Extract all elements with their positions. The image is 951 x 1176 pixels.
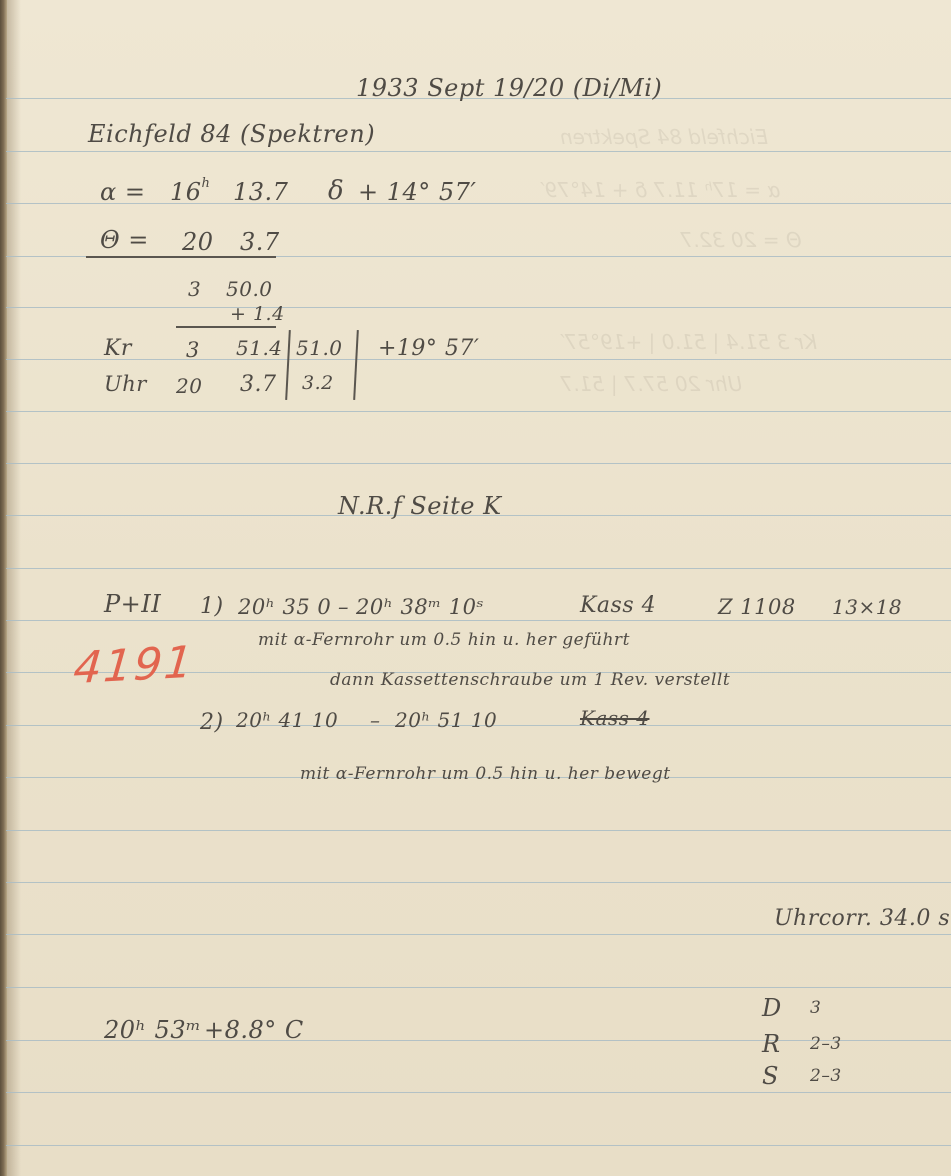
show-through-text: α = 17ʰ 11.7 δ + 14°79′ <box>540 178 780 202</box>
show-through-text: Eichfeld 84 Spektren <box>560 125 768 149</box>
calc-row1-hours: 3 <box>188 277 201 301</box>
kr-minutes: 51.4 <box>236 336 283 360</box>
ruled-line <box>6 987 951 988</box>
exposure-1-size: 13×18 <box>832 595 902 619</box>
exposure-1-note: mit α-Fernrohr um 0.5 hin u. her geführt <box>258 630 630 650</box>
condition-value: 2–3 <box>810 1066 842 1086</box>
clock-correction: Uhrcorr. 34.0 s <box>774 906 950 931</box>
calc-row1-minutes: 50.0 <box>226 277 273 301</box>
temperature-value: +8.8° C <box>204 1016 304 1044</box>
ruled-line <box>6 620 951 621</box>
exposure-1-dash: – <box>338 595 349 619</box>
calc-correction: + 1.4 <box>230 303 285 325</box>
exposure-1-start: 20ʰ 35 0 <box>238 595 331 619</box>
condition-symbol: D <box>762 994 782 1022</box>
alpha-hours: 16h <box>170 178 210 206</box>
ruled-line <box>6 1092 951 1093</box>
column-divider <box>353 330 359 400</box>
theta-label: Θ = <box>100 226 149 254</box>
kr-declination: +19° 57′ <box>378 336 479 361</box>
ruled-line <box>6 463 951 464</box>
underline <box>86 256 276 258</box>
alpha-minutes: 13.7 <box>233 178 288 206</box>
uhr-label: Uhr <box>104 372 147 396</box>
kr-hours: 3 <box>186 338 200 362</box>
spine-shadow <box>7 0 21 1176</box>
ruled-line <box>6 151 951 152</box>
hour-unit: h <box>202 176 211 191</box>
page-date: 1933 Sept 19/20 (Di/Mi) <box>356 74 662 102</box>
ruled-line <box>6 934 951 935</box>
column-divider <box>285 330 291 400</box>
uhr-box-value: 3.2 <box>302 372 334 394</box>
uhr-minutes: 3.7 <box>240 372 277 397</box>
show-through-text: Uhr 20 57.7 | 51.7 <box>560 372 742 396</box>
ruled-line <box>6 1145 951 1146</box>
alpha-hours-value: 16 <box>170 178 202 206</box>
condition-value: 2–3 <box>810 1034 842 1054</box>
plate-number: 4191 <box>71 637 196 694</box>
theta-hours: 20 <box>182 228 214 256</box>
condition-value: 3 <box>810 998 821 1018</box>
alpha-label: α = <box>100 178 145 206</box>
ruled-line <box>6 411 951 412</box>
uhr-hours: 20 <box>176 374 202 398</box>
kr-label: Kr <box>104 336 132 361</box>
condition-symbol: S <box>762 1062 779 1090</box>
theta-minutes: 3.7 <box>240 228 280 256</box>
exposure-2-start: 20ʰ 41 10 <box>236 708 338 732</box>
exposure-1-kassette: Kass 4 <box>580 593 656 618</box>
exposure-2-dash: – <box>370 708 381 732</box>
delta-label: δ <box>328 176 344 206</box>
show-through-text: Kr 3 51.4 | 51.0 | +19°57′ <box>560 330 817 354</box>
object-name: Eichfeld 84 (Spektren) <box>88 120 375 148</box>
sum-line <box>176 326 276 328</box>
exposure-1-index: 1) <box>200 594 224 619</box>
kr-box-value: 51.0 <box>296 336 343 360</box>
show-through-text: Θ = 20 32.7 <box>680 228 802 252</box>
exposure-2-note: mit α-Fernrohr um 0.5 hin u. her bewegt <box>300 764 671 784</box>
exposure-1-note-2: dann Kassettenschraube um 1 Rev. verstel… <box>330 670 730 690</box>
ruled-line <box>6 307 951 308</box>
exposure-2-index: 2) <box>200 710 224 735</box>
section-title: N.R.f Seite K <box>338 492 502 520</box>
plate-label: P+II <box>104 590 161 618</box>
ruled-line <box>6 568 951 569</box>
ruled-line <box>6 882 951 883</box>
exposure-1-plate: Z 1108 <box>718 595 796 619</box>
exposure-2-struck-kassette: Kass 4 <box>580 706 649 730</box>
exposure-1-end: 20ʰ 38ᵐ 10ˢ <box>356 595 484 619</box>
ruled-line <box>6 830 951 831</box>
ruled-line <box>6 203 951 204</box>
notebook-page: Eichfeld 84 Spektren α = 17ʰ 11.7 δ + 14… <box>0 0 951 1176</box>
exposure-2-end: 20ʰ 51 10 <box>395 708 497 732</box>
temperature-time: 20ʰ 53ᵐ <box>104 1016 201 1044</box>
delta-value: + 14° 57′ <box>358 178 476 206</box>
notebook-spine <box>0 0 7 1176</box>
condition-symbol: R <box>762 1030 781 1058</box>
